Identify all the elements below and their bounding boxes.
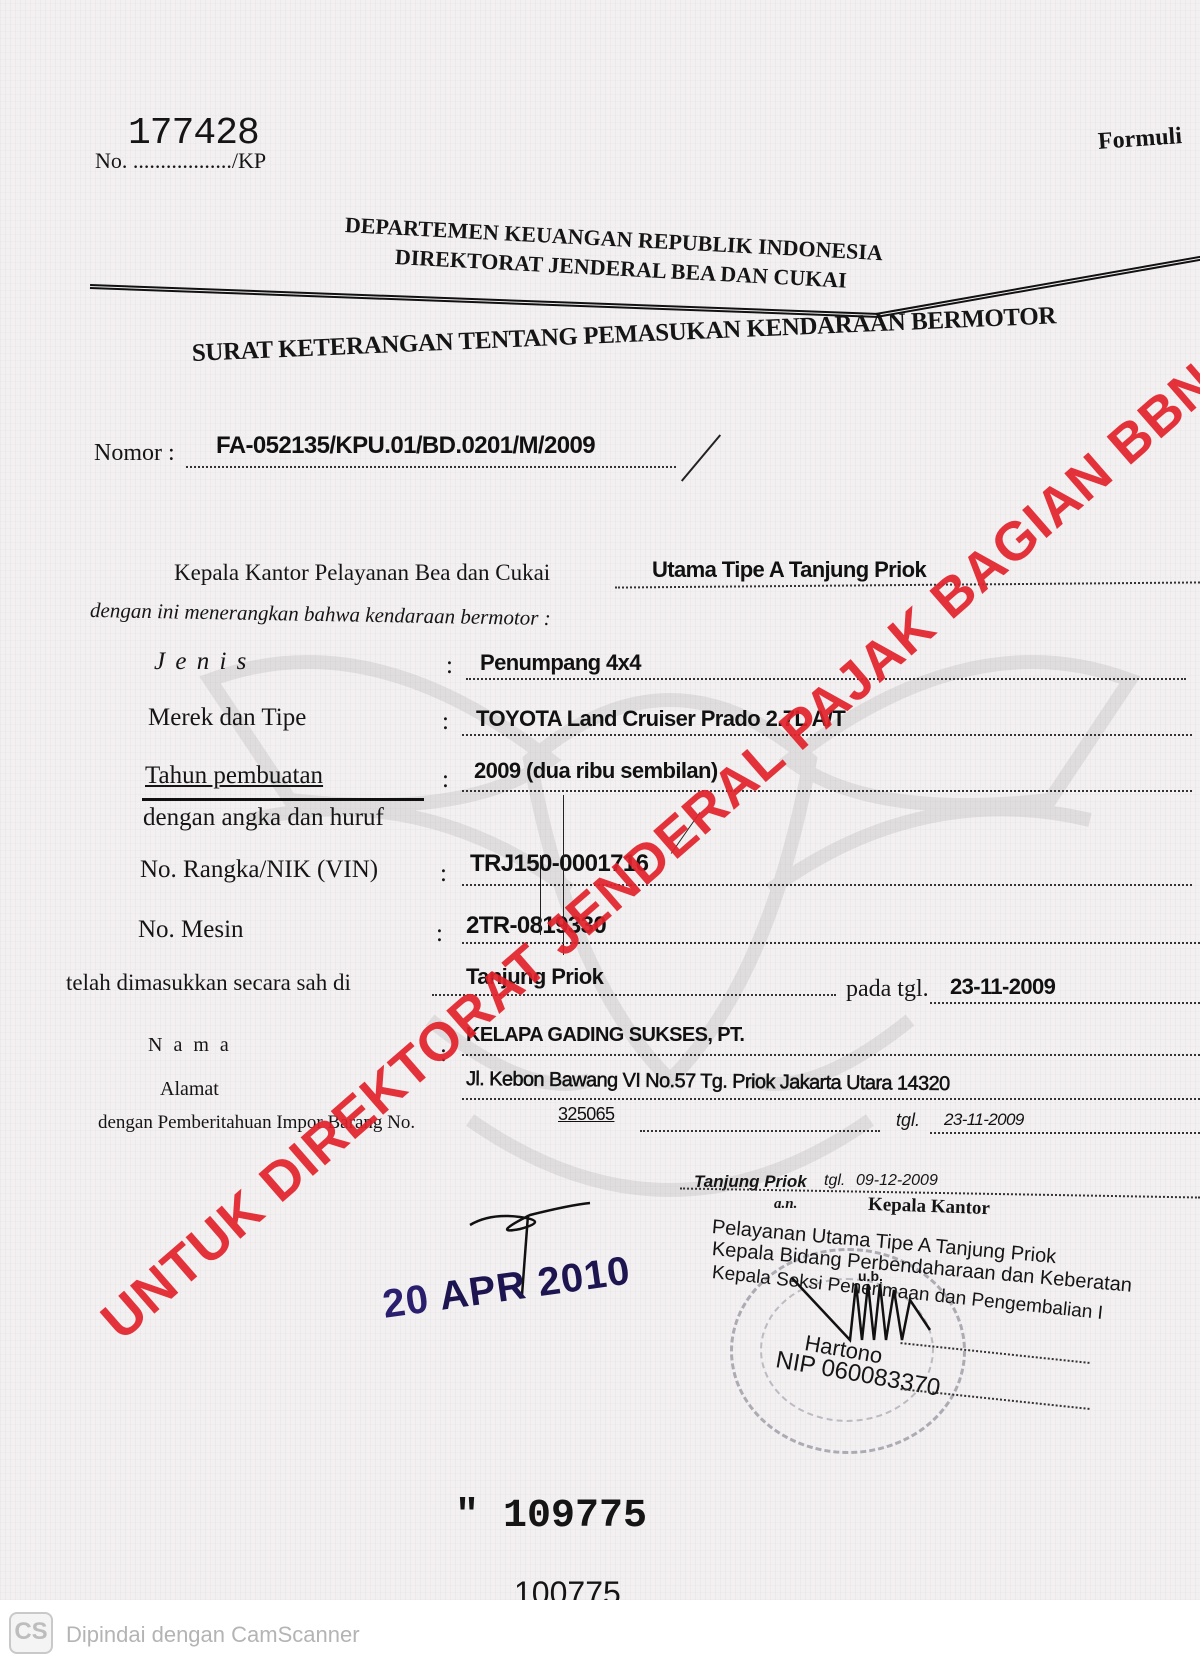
address-label: Alamat bbox=[160, 1078, 219, 1101]
pib-number: 325065 bbox=[558, 1104, 614, 1125]
entered-label: telah dimasukkan secara sah di bbox=[66, 970, 351, 996]
field-label-tahun: Tahun pembuatan bbox=[145, 762, 323, 790]
office-value: Utama Tipe A Tanjung Priok bbox=[652, 557, 926, 583]
importer-name: KELAPA GADING SUKSES, PT. bbox=[466, 1024, 744, 1047]
document-number-label: No. ................../KP bbox=[95, 148, 266, 174]
dotted-line bbox=[930, 1132, 1200, 1134]
colon: : bbox=[446, 652, 453, 680]
colon: : bbox=[442, 708, 449, 736]
colon: : bbox=[436, 920, 443, 948]
office-label: Kepala Kantor Pelayanan Bea dan Cukai bbox=[174, 560, 550, 586]
nomor-value: FA-052135/KPU.01/BD.0201/M/2009 bbox=[216, 432, 595, 460]
colon: : bbox=[440, 860, 447, 888]
colon: : bbox=[442, 766, 449, 794]
field-label-merek: Merek dan Tipe bbox=[148, 704, 306, 732]
dotted-line bbox=[462, 790, 1192, 792]
pib-date-value: 23-11-2009 bbox=[944, 1110, 1024, 1130]
dotted-line bbox=[462, 1054, 1200, 1056]
entry-date-value: 23-11-2009 bbox=[950, 974, 1055, 1000]
nomor-label: Nomor : bbox=[94, 440, 175, 467]
scanner-watermark-text: Dipindai dengan CamScanner bbox=[66, 1622, 360, 1648]
name-label: N a m a bbox=[148, 1034, 232, 1057]
dotted-line bbox=[462, 1098, 1200, 1100]
field-label-vin: No. Rangka/NIK (VIN) bbox=[140, 856, 378, 884]
signature-date-value: 09-12-2009 bbox=[856, 1172, 938, 1190]
field-label-jenis: J e n i s bbox=[154, 648, 248, 676]
serial-number-handwritten: ″ 109775 bbox=[455, 1494, 647, 1539]
pib-date-label: tgl. bbox=[896, 1110, 920, 1131]
date-stamp-day: 20 bbox=[380, 1277, 432, 1327]
field-label-mesin: No. Mesin bbox=[138, 916, 244, 944]
field-value-tahun: 2009 (dua ribu sembilan) bbox=[474, 758, 718, 784]
field-sublabel-tahun: dengan angka dan huruf bbox=[143, 804, 384, 832]
label-rule bbox=[142, 798, 424, 801]
entry-date-label: pada tgl. bbox=[846, 976, 929, 1003]
on-behalf-label: a.n. bbox=[774, 1196, 797, 1213]
dotted-line bbox=[640, 1130, 880, 1132]
dotted-line bbox=[930, 1002, 1200, 1004]
camscanner-logo-icon: CS bbox=[9, 1612, 53, 1654]
dotted-line bbox=[186, 466, 676, 468]
signature-date-label: tgl. bbox=[824, 1172, 845, 1190]
office-head-label: Kepala Kantor bbox=[868, 1194, 991, 1220]
field-value-jenis: Penumpang 4x4 bbox=[480, 650, 641, 676]
